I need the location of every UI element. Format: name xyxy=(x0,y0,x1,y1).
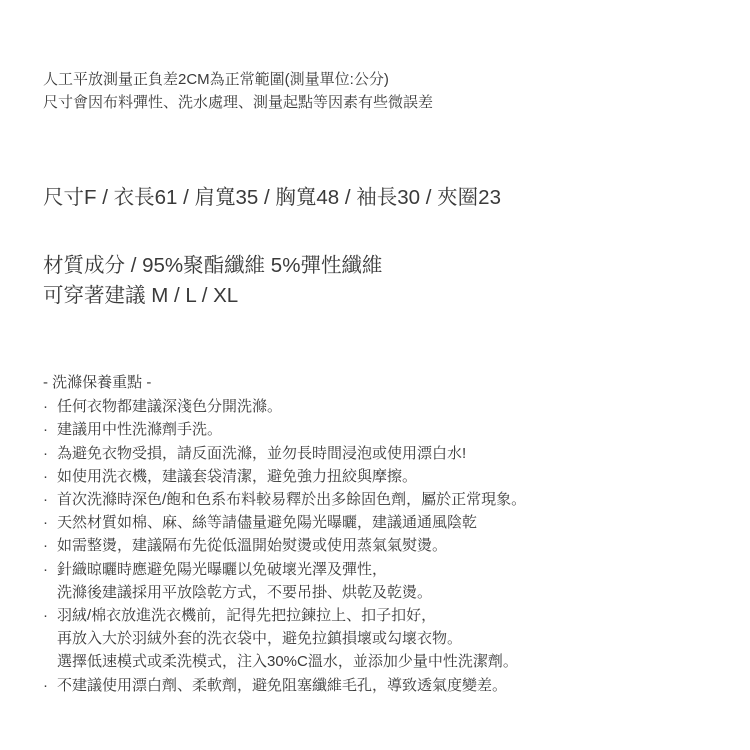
care-item-text: 為避免衣物受損，請反面洗滌，並勿長時間浸泡或使用漂白水! xyxy=(57,442,526,465)
bullet-marker: · xyxy=(43,488,57,511)
care-item-text: 如使用洗衣機，建議套袋清潔，避免強力扭絞與摩擦。 xyxy=(57,465,526,488)
care-item: · 不建議使用漂白劑、柔軟劑，避免阻塞纖維毛孔，導致透氣度變差。 xyxy=(43,674,526,697)
care-item: · 天然材質如棉、麻、絲等請儘量避免陽光曝曬，建議通通風陰乾 xyxy=(43,511,526,534)
care-item: · 針織晾曬時應避免陽光曝曬以免破壞光澤及彈性， xyxy=(43,558,526,581)
care-item: · 建議用中性洗滌劑手洗。 xyxy=(43,418,526,441)
care-item: 洗滌後建議採用平放陰乾方式，不要吊掛、烘乾及乾燙。 xyxy=(43,581,526,604)
material-info: 材質成分 / 95%聚酯纖維 5%彈性纖維 可穿著建議 M / L / XL xyxy=(43,251,382,311)
bullet-marker: · xyxy=(43,604,57,627)
care-item: · 任何衣物都建議深淺色分開洗滌。 xyxy=(43,395,526,418)
bullet-marker: · xyxy=(43,442,57,465)
measurement-note-line-2: 尺寸會因布料彈性、洗水處理、測量起點等因素有些微誤差 xyxy=(43,91,433,114)
care-item-text: 選擇低速模式或柔洗模式，注入30%C溫水，並添加少量中性洗潔劑。 xyxy=(57,650,526,673)
care-item-text: 洗滌後建議採用平放陰乾方式，不要吊掛、烘乾及乾燙。 xyxy=(57,581,526,604)
care-item-text: 針織晾曬時應避免陽光曝曬以免破壞光澤及彈性， xyxy=(57,558,526,581)
bullet-marker: · xyxy=(43,558,57,581)
care-item: · 如使用洗衣機，建議套袋清潔，避免強力扭絞與摩擦。 xyxy=(43,465,526,488)
care-section-title: - 洗滌保養重點 - xyxy=(43,371,526,394)
bullet-marker xyxy=(43,627,57,650)
bullet-marker: · xyxy=(43,534,57,557)
bullet-marker xyxy=(43,650,57,673)
care-item: · 為避免衣物受損，請反面洗滌，並勿長時間浸泡或使用漂白水! xyxy=(43,442,526,465)
measurement-note: 人工平放測量正負差2CM為正常範圍(測量單位:公分) 尺寸會因布料彈性、洗水處理… xyxy=(43,68,433,114)
care-item-text: 不建議使用漂白劑、柔軟劑，避免阻塞纖維毛孔，導致透氣度變差。 xyxy=(57,674,526,697)
bullet-marker: · xyxy=(43,511,57,534)
measurement-note-line-1: 人工平放測量正負差2CM為正常範圍(測量單位:公分) xyxy=(43,68,433,91)
bullet-marker: · xyxy=(43,674,57,697)
care-item-text: 再放入大於羽絨外套的洗衣袋中，避免拉鎮損壞或勾壞衣物。 xyxy=(57,627,526,650)
material-composition-line: 材質成分 / 95%聚酯纖維 5%彈性纖維 xyxy=(43,251,382,281)
size-spec-line: 尺寸F / 衣長61 / 肩寬35 / 胸寬48 / 袖長30 / 夾圈23 xyxy=(43,183,501,213)
bullet-marker xyxy=(43,581,57,604)
care-item-text: 如需整燙，建議隔布先從低溫開始熨燙或使用蒸氣氣熨燙。 xyxy=(57,534,526,557)
care-item-text: 建議用中性洗滌劑手洗。 xyxy=(57,418,526,441)
care-item: · 羽絨/棉衣放進洗衣機前，記得先把拉鍊拉上、扣子扣好， xyxy=(43,604,526,627)
care-item: 選擇低速模式或柔洗模式，注入30%C溫水，並添加少量中性洗潔劑。 xyxy=(43,650,526,673)
care-item: · 首次洗滌時深色/飽和色系布料較易釋於出多餘固色劑，屬於正常現象。 xyxy=(43,488,526,511)
product-description-page: 人工平放測量正負差2CM為正常範圍(測量單位:公分) 尺寸會因布料彈性、洗水處理… xyxy=(0,0,750,750)
bullet-marker: · xyxy=(43,395,57,418)
care-item: 再放入大於羽絨外套的洗衣袋中，避免拉鎮損壞或勾壞衣物。 xyxy=(43,627,526,650)
care-item-text: 羽絨/棉衣放進洗衣機前，記得先把拉鍊拉上、扣子扣好， xyxy=(57,604,526,627)
care-item-text: 任何衣物都建議深淺色分開洗滌。 xyxy=(57,395,526,418)
bullet-marker: · xyxy=(43,465,57,488)
care-section: - 洗滌保養重點 - · 任何衣物都建議深淺色分開洗滌。 · 建議用中性洗滌劑手… xyxy=(43,371,526,697)
care-item-text: 首次洗滌時深色/飽和色系布料較易釋於出多餘固色劑，屬於正常現象。 xyxy=(57,488,526,511)
care-item-text: 天然材質如棉、麻、絲等請儘量避免陽光曝曬，建議通通風陰乾 xyxy=(57,511,526,534)
fit-suggestion-line: 可穿著建議 M / L / XL xyxy=(43,281,382,311)
bullet-marker: · xyxy=(43,418,57,441)
care-item: · 如需整燙，建議隔布先從低溫開始熨燙或使用蒸氣氣熨燙。 xyxy=(43,534,526,557)
